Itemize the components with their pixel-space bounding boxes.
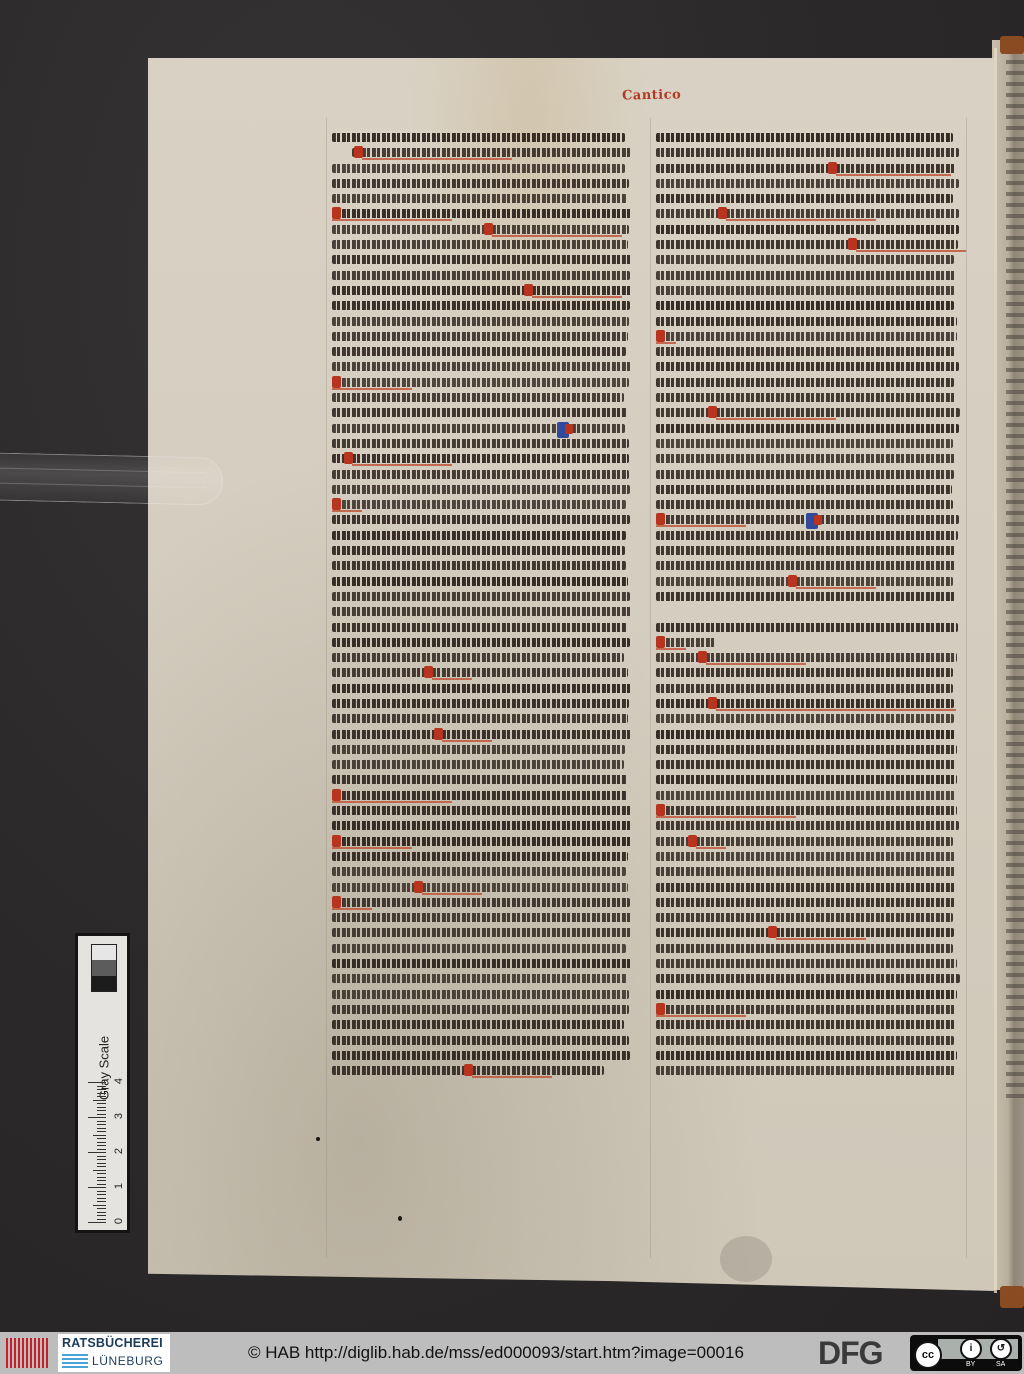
manuscript-line [656, 1033, 960, 1048]
ruler-tick [97, 1110, 106, 1111]
manuscript-line [656, 206, 960, 221]
manuscript-line [656, 222, 960, 237]
script-text [656, 898, 955, 907]
script-text [332, 775, 627, 784]
script-text [332, 179, 629, 188]
script-text [656, 271, 956, 280]
script-text [332, 209, 631, 218]
manuscript-line [332, 252, 632, 267]
library-name-line2: LÜNEBURG [92, 1354, 163, 1368]
swatch-light [92, 945, 116, 960]
ruler-tick [97, 1159, 106, 1160]
script-text [332, 470, 629, 479]
manuscript-line [332, 987, 632, 1002]
script-text [656, 424, 959, 433]
script-text [332, 791, 627, 800]
script-text [332, 806, 631, 815]
manuscript-line [656, 665, 960, 680]
ruler-tick [88, 1222, 106, 1223]
ruler-tick [97, 1177, 106, 1178]
manuscript-line [332, 375, 632, 390]
manuscript-line [332, 742, 632, 757]
manuscript-line [656, 436, 960, 451]
manuscript-line [656, 176, 960, 191]
red-initial [464, 1064, 473, 1076]
script-text [332, 821, 631, 830]
script-text [656, 546, 956, 555]
script-text [332, 286, 632, 295]
script-text [332, 898, 630, 907]
manuscript-line [656, 558, 960, 573]
script-text [332, 623, 627, 632]
script-text [332, 225, 629, 234]
script-text [656, 913, 953, 922]
red-initial [332, 498, 341, 510]
script-text [656, 837, 953, 846]
script-text [656, 393, 956, 402]
script-text [656, 240, 958, 249]
manuscript-line [332, 803, 632, 818]
manuscript-line [332, 971, 632, 986]
ruler-tick [93, 1135, 106, 1136]
manuscript-line [332, 1017, 632, 1032]
manuscript-line [332, 604, 632, 619]
manuscript-line [332, 956, 632, 971]
ruler-tick [97, 1121, 106, 1122]
manuscript-line [332, 528, 632, 543]
red-initial [656, 513, 665, 525]
script-text [656, 531, 958, 540]
script-text [656, 760, 956, 769]
manuscript-line [656, 681, 960, 696]
script-text [332, 1005, 629, 1014]
manuscript-line [332, 574, 632, 589]
script-text [332, 408, 627, 417]
manuscript-line [656, 268, 960, 283]
script-text [656, 852, 955, 861]
script-text [332, 317, 629, 326]
open-book-icon [62, 1354, 88, 1368]
manuscript-line [332, 1002, 632, 1017]
manuscript-line [656, 620, 960, 635]
script-text [332, 913, 632, 922]
manuscript-line [656, 390, 960, 405]
script-text [332, 485, 630, 494]
manuscript-line [656, 987, 960, 1002]
ruler-tick [97, 1107, 106, 1108]
script-text [656, 561, 956, 570]
ruler-tick [97, 1114, 106, 1115]
manuscript-line [656, 910, 960, 925]
ruler-tick [97, 1128, 106, 1129]
script-text [656, 485, 952, 494]
script-text [656, 1020, 955, 1029]
script-text [656, 347, 955, 356]
manuscript-line [332, 1033, 632, 1048]
manuscript-line [332, 283, 632, 298]
manuscript-line [656, 696, 960, 711]
script-text [656, 378, 954, 387]
manuscript-line [656, 971, 960, 986]
red-initial [424, 666, 433, 678]
manuscript-line [332, 620, 632, 635]
script-text [332, 194, 627, 203]
ruler-ticks: 01234 [86, 1078, 106, 1226]
manuscript-line [332, 1063, 632, 1078]
script-text [656, 179, 959, 188]
script-text [332, 684, 632, 693]
manuscript-line [332, 222, 632, 237]
ruler-tick [93, 1205, 106, 1206]
ruler-tick [97, 1142, 106, 1143]
manuscript-line [656, 604, 960, 619]
ruling-line-right [966, 118, 967, 1258]
script-text [332, 745, 625, 754]
ruler-tick [97, 1103, 106, 1104]
script-text [332, 271, 630, 280]
manuscript-line [656, 742, 960, 757]
red-initial [708, 406, 717, 418]
script-text [332, 362, 631, 371]
ruler-tick [88, 1082, 106, 1083]
cc-icon: cc [914, 1341, 942, 1369]
ruler-tick [88, 1152, 106, 1153]
ruler-tick [97, 1201, 106, 1202]
manuscript-line [656, 941, 960, 956]
script-text [656, 164, 955, 173]
share-alike-icon: ↺ [990, 1338, 1012, 1360]
ruler-tick [88, 1117, 106, 1118]
gray-scale-card: Gray Scale 01234 [75, 933, 130, 1233]
cover-corner-top [1000, 36, 1024, 54]
manuscript-line [332, 421, 632, 436]
manuscript-line [332, 344, 632, 359]
script-text [656, 1066, 956, 1075]
manuscript-line [332, 788, 632, 803]
manuscript-line [656, 925, 960, 940]
script-text [656, 821, 959, 830]
manuscript-line [332, 329, 632, 344]
script-text [332, 837, 632, 846]
ruler-tick [93, 1100, 106, 1101]
manuscript-line [332, 161, 632, 176]
script-text [332, 332, 628, 341]
script-text [332, 531, 626, 540]
red-initial [484, 223, 493, 235]
ruler-tick [97, 1184, 106, 1185]
manuscript-line [656, 880, 960, 895]
ruler-tick [97, 1156, 106, 1157]
manuscript-line [332, 818, 632, 833]
script-text [656, 745, 957, 754]
script-text [332, 439, 629, 448]
script-text [656, 883, 956, 892]
script-text [656, 867, 955, 876]
manuscript-line [656, 803, 960, 818]
ruler-tick [93, 1170, 106, 1171]
manuscript-line [332, 880, 632, 895]
ruling-line-left [326, 118, 327, 1258]
manuscript-line [332, 176, 632, 191]
script-text [332, 133, 625, 142]
script-text [656, 255, 954, 264]
manuscript-line [332, 467, 632, 482]
cc-license-badge[interactable]: cc i ↺ BY SA [910, 1335, 1022, 1371]
manuscript-line [332, 191, 632, 206]
manuscript-line [332, 314, 632, 329]
ruler-tick [97, 1215, 106, 1216]
script-text [656, 775, 957, 784]
script-text [656, 668, 953, 677]
manuscript-line [656, 191, 960, 206]
script-text [332, 883, 628, 892]
manuscript-line [656, 467, 960, 482]
rubric-underline [472, 1076, 552, 1078]
script-text [656, 959, 957, 968]
red-initial [698, 651, 707, 663]
ruler-tick [97, 1166, 106, 1167]
manuscript-line [332, 130, 632, 145]
script-text [332, 500, 626, 509]
manuscript-line [332, 696, 632, 711]
ruler-tick [97, 1096, 106, 1097]
script-text [332, 515, 630, 524]
ruler-tick-label: 0 [113, 1218, 125, 1224]
script-text [332, 393, 624, 402]
ruler-tick [88, 1187, 106, 1188]
ruler-tick [97, 1138, 106, 1139]
manuscript-line [332, 925, 632, 940]
manuscript-line [332, 589, 632, 604]
script-text [656, 408, 960, 417]
manuscript-line [656, 1063, 960, 1078]
script-text [332, 990, 629, 999]
script-text [332, 944, 626, 953]
ruler-tick [97, 1093, 106, 1094]
red-initial [768, 926, 777, 938]
script-text [656, 638, 716, 647]
manuscript-line [656, 1017, 960, 1032]
script-text [332, 301, 630, 310]
script-text [656, 500, 953, 509]
adjacent-page-text [1006, 60, 1024, 1100]
manuscript-line [656, 252, 960, 267]
ink-spot [316, 1137, 320, 1141]
manuscript-line [332, 206, 632, 221]
script-text [332, 714, 628, 723]
ruler-tick [97, 1124, 106, 1125]
manuscript-line [656, 314, 960, 329]
script-text [332, 1020, 624, 1029]
ruler-tick [97, 1145, 106, 1146]
manuscript-line [656, 405, 960, 420]
script-text [332, 1036, 629, 1045]
ruler-tick-label: 3 [113, 1113, 125, 1119]
manuscript-line [332, 864, 632, 879]
manuscript-line [656, 711, 960, 726]
manuscript-line [332, 512, 632, 527]
script-text [656, 806, 957, 815]
manuscript-line [332, 359, 632, 374]
red-initial [332, 207, 341, 219]
script-text [656, 928, 954, 937]
script-text [656, 1051, 957, 1060]
manuscript-line [332, 482, 632, 497]
ink-spot [398, 1216, 402, 1221]
script-text [656, 286, 955, 295]
manuscript-line [332, 849, 632, 864]
red-initial [524, 284, 533, 296]
red-initial [434, 728, 443, 740]
script-text [332, 760, 624, 769]
manuscript-line [656, 849, 960, 864]
script-text [656, 730, 955, 739]
manuscript-line [656, 344, 960, 359]
footer-bar: RATSBÜCHEREI LÜNEBURG © HAB http://digli… [0, 1332, 1024, 1374]
manuscript-line [332, 757, 632, 772]
manuscript-line [656, 161, 960, 176]
manuscript-line [332, 834, 632, 849]
ruler-tick [97, 1212, 106, 1213]
manuscript-line [656, 772, 960, 787]
script-text [656, 684, 953, 693]
manuscript-line [656, 635, 960, 650]
ruler-tick-label: 2 [113, 1148, 125, 1154]
red-initial [828, 162, 837, 174]
script-text [332, 454, 629, 463]
script-text [332, 592, 630, 601]
manuscript-line [332, 772, 632, 787]
red-initial [688, 835, 697, 847]
manuscript-line [656, 818, 960, 833]
attribution-icon: i [960, 1338, 982, 1360]
ruler-tick-label: 4 [113, 1078, 125, 1084]
ratsbuecherei-logo[interactable]: RATSBÜCHEREI LÜNEBURG [58, 1334, 170, 1372]
script-text [656, 791, 955, 800]
script-text [332, 1051, 630, 1060]
red-initial [414, 881, 423, 893]
ruler-tick [97, 1131, 106, 1132]
script-text [332, 347, 626, 356]
ruler-tick [97, 1198, 106, 1199]
credit-link[interactable]: © HAB http://diglib.hab.de/mss/ed000093/… [248, 1343, 744, 1363]
cover-corner-bottom [1000, 1286, 1024, 1308]
manuscript-line [656, 895, 960, 910]
manuscript-line [332, 895, 632, 910]
license-term-sa: SA [996, 1361, 1005, 1368]
manuscript-line [332, 237, 632, 252]
gray-swatch [91, 944, 117, 992]
red-initial [848, 238, 857, 250]
manuscript-line [656, 574, 960, 589]
script-text [656, 454, 956, 463]
script-text [656, 577, 953, 586]
manuscript-line [656, 482, 960, 497]
manuscript-line [332, 1048, 632, 1063]
red-initial [332, 835, 341, 847]
manuscript-line [656, 1048, 960, 1063]
manuscript-line [656, 451, 960, 466]
manuscript-line [656, 864, 960, 879]
script-text [656, 974, 960, 983]
manuscript-line [656, 329, 960, 344]
manuscript-line [656, 130, 960, 145]
text-column-left [332, 130, 632, 1078]
script-text [656, 301, 954, 310]
script-text [656, 209, 959, 218]
manuscript-line [332, 941, 632, 956]
dfg-logo[interactable]: DFG [818, 1337, 883, 1369]
script-text [332, 867, 626, 876]
script-text [656, 699, 954, 708]
manuscript-line [332, 711, 632, 726]
manuscript-line [656, 359, 960, 374]
manuscript-line [656, 788, 960, 803]
red-initial [354, 146, 363, 158]
stain [720, 1236, 772, 1282]
script-text [332, 653, 624, 662]
red-initial [332, 789, 341, 801]
script-text [332, 974, 627, 983]
script-text [656, 332, 957, 341]
library-stripe-logo [6, 1338, 48, 1368]
ruler-tick [97, 1089, 106, 1090]
script-text [332, 577, 628, 586]
ruler-tick [97, 1191, 106, 1192]
script-text [656, 1036, 954, 1045]
script-text [656, 148, 959, 157]
red-initial [656, 330, 665, 342]
script-text [656, 225, 959, 234]
script-text [332, 561, 626, 570]
script-text [332, 668, 628, 677]
manuscript-line [332, 451, 632, 466]
red-initial [708, 697, 717, 709]
text-column-right [656, 130, 960, 1078]
manuscript-line [656, 421, 960, 436]
red-initial [656, 1003, 665, 1015]
manuscript-line [332, 268, 632, 283]
manuscript-line [332, 298, 632, 313]
manuscript-line [656, 650, 960, 665]
manuscript-line [332, 681, 632, 696]
ruler-tick [97, 1086, 106, 1087]
script-text [332, 730, 631, 739]
red-initial [656, 636, 665, 648]
script-text [656, 362, 959, 371]
red-initial [332, 376, 341, 388]
script-text [656, 944, 953, 953]
manuscript-line [656, 497, 960, 512]
manuscript-line [656, 512, 960, 527]
running-head: Cantico [622, 87, 682, 103]
manuscript-line [656, 834, 960, 849]
ruler-tick-label: 1 [113, 1183, 125, 1189]
script-text [332, 424, 625, 433]
script-text [656, 133, 953, 142]
manuscript-line [656, 145, 960, 160]
manuscript-line [656, 589, 960, 604]
script-text [656, 714, 954, 723]
manuscript-line [332, 910, 632, 925]
script-text [656, 623, 958, 632]
script-text [656, 990, 957, 999]
manuscript-line [332, 665, 632, 680]
script-text [332, 959, 631, 968]
manuscript-line [656, 1002, 960, 1017]
red-initial [718, 207, 727, 219]
ruler-tick [97, 1163, 106, 1164]
